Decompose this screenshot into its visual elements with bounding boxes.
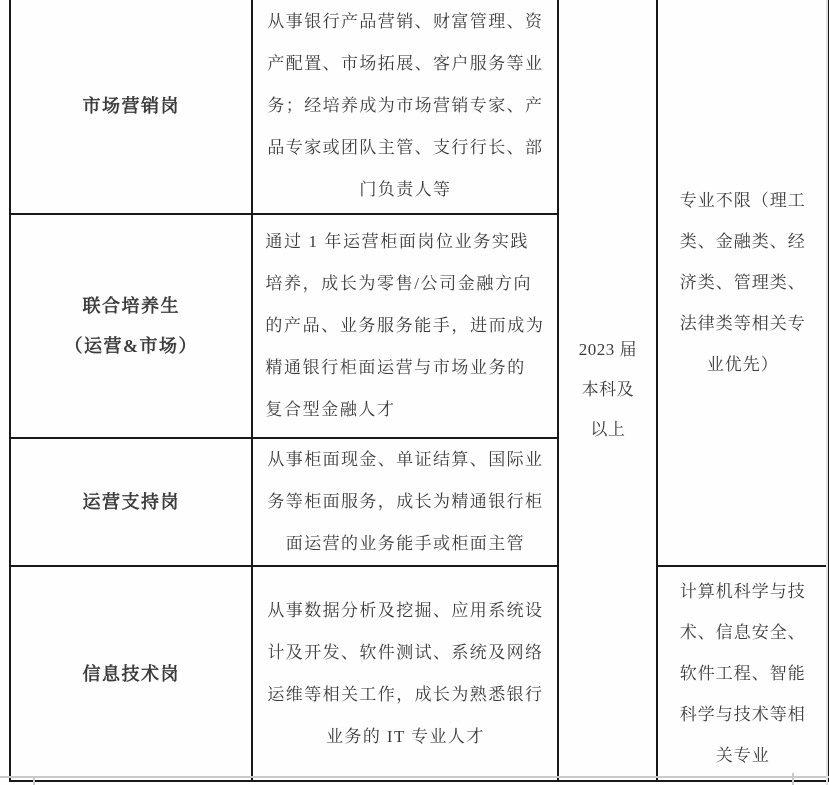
position-cell-operations-support: 运营支持岗	[10, 438, 252, 566]
position-cell-information-technology: 信息技术岗	[10, 566, 252, 781]
education-requirement-cell: 2023 届 本科及 以上	[558, 0, 657, 781]
page-bottom-tick-left	[33, 776, 35, 785]
description-cell-operations-support: 从事柜面现金、单证结算、国际业 务等柜面服务，成长为精通银行柜 面运营的业务能手…	[252, 438, 558, 566]
table-row: 市场营销岗 从事银行产品营销、财富管理、资 产配置、市场拓展、客户服务等业 务；…	[10, 0, 828, 214]
description-cell-information-technology: 从事数据分析及挖掘、应用系统设 计及开发、软件测试、系统及网络 运维等相关工作，…	[252, 566, 558, 781]
position-cell-joint-training: 联合培养生 （运营&市场）	[10, 214, 252, 438]
recruitment-table: 市场营销岗 从事银行产品营销、财富管理、资 产配置、市场拓展、客户服务等业 务；…	[9, 0, 829, 782]
description-cell-joint-training: 通过 1 年运营柜面岗位业务实践 培养，成长为零售/公司金融方向 的产品、业务服…	[252, 214, 558, 438]
position-cell-marketing: 市场营销岗	[10, 0, 252, 214]
table-row: 信息技术岗 从事数据分析及挖掘、应用系统设 计及开发、软件测试、系统及网络 运维…	[10, 566, 828, 781]
page-right-edge	[826, 0, 828, 785]
document-page: 市场营销岗 从事银行产品营销、财富管理、资 产配置、市场拓展、客户服务等业 务；…	[0, 0, 829, 785]
page-bottom-tick-right	[792, 773, 794, 785]
majors-cell-it: 计算机科学与技 术、信息安全、 软件工程、智能 科学与技术等相 关专业	[657, 566, 828, 781]
majors-cell-general: 专业不限（理工 类、金融类、经 济类、管理类、 法律类等相关专 业优先）	[657, 0, 828, 566]
page-bottom-rule	[0, 776, 829, 778]
description-cell-marketing: 从事银行产品营销、财富管理、资 产配置、市场拓展、客户服务等业 务；经培养成为市…	[252, 0, 558, 214]
